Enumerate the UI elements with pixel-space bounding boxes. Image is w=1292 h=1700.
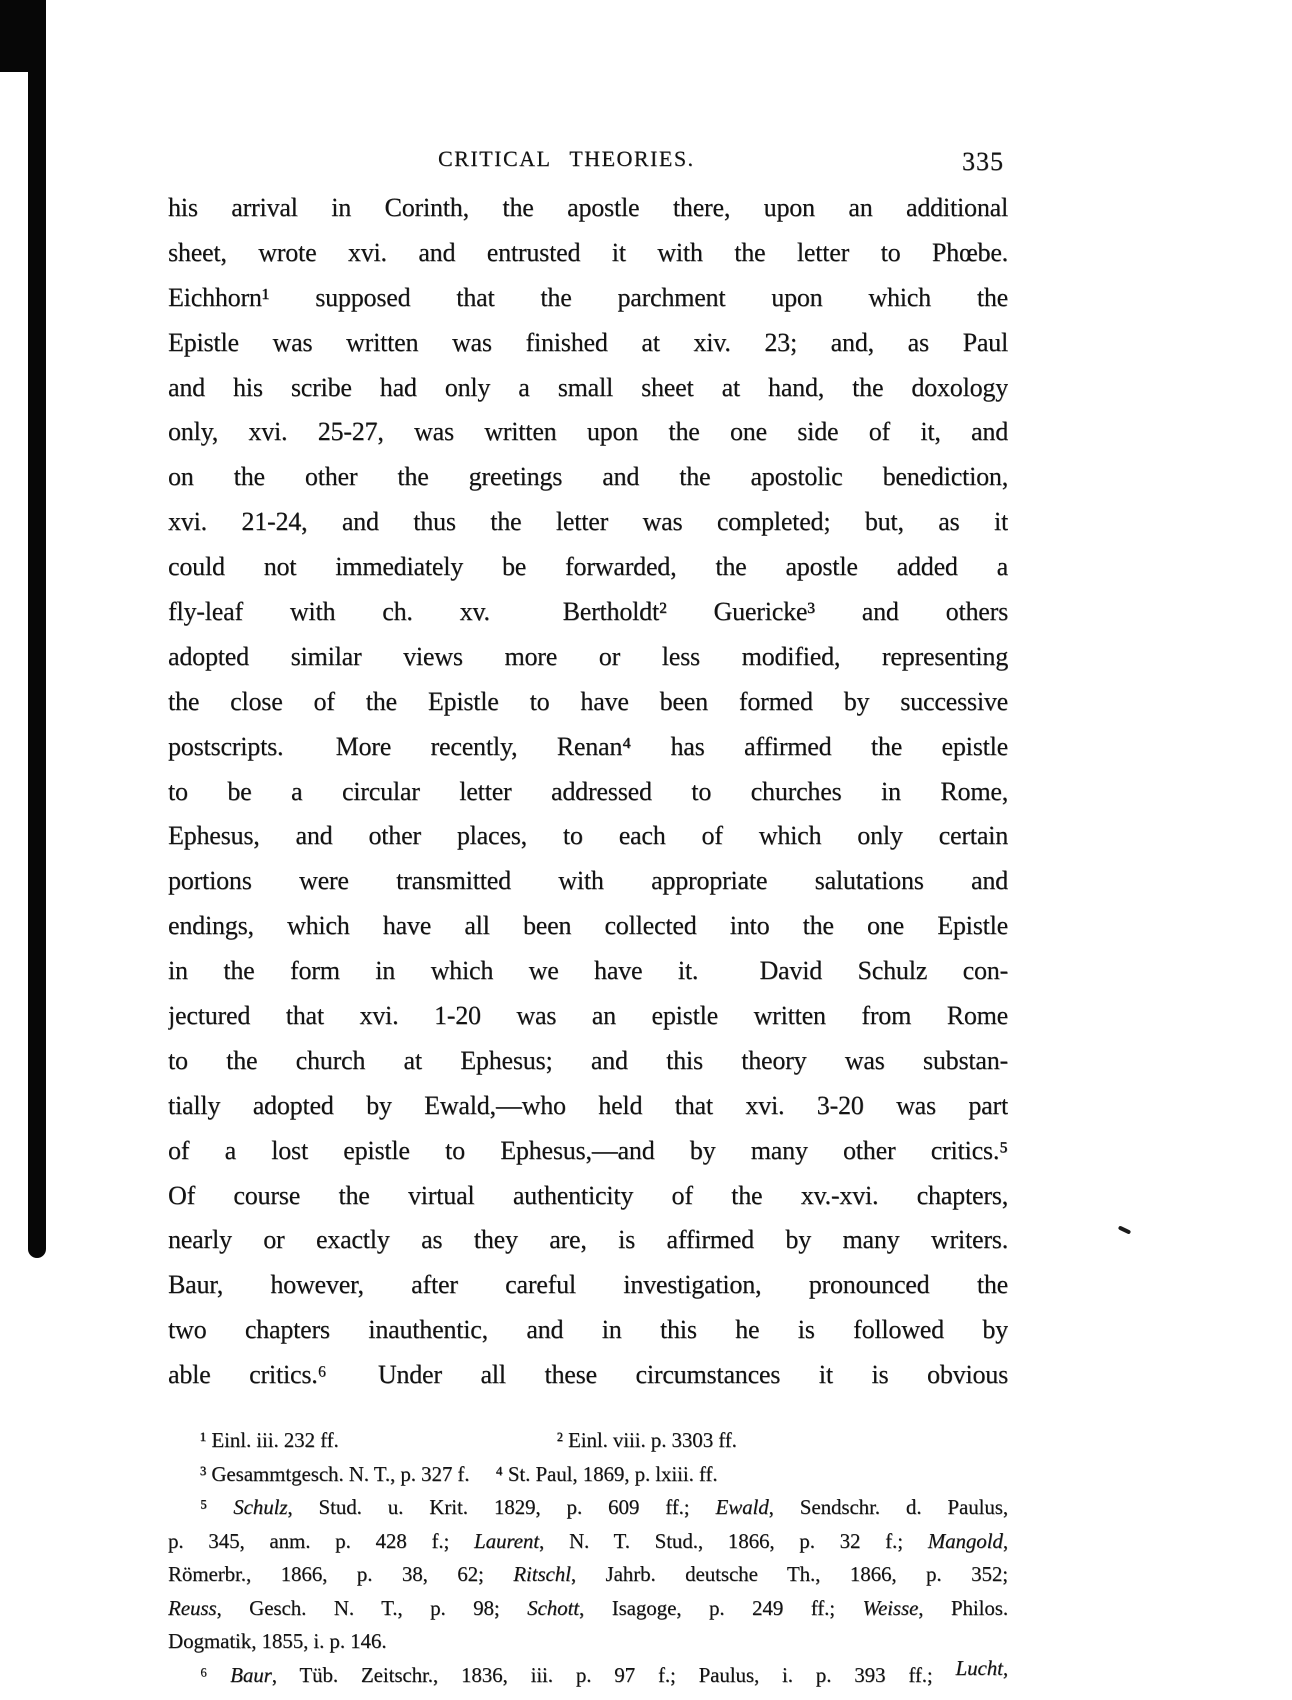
footnote-author-name: Reuss <box>168 1596 217 1620</box>
scan-artifact-gutter-bar <box>28 0 46 1258</box>
running-head-title: CRITICAL THEORIES. <box>438 146 695 172</box>
body-text-line: Of course the virtual authenticity of th… <box>168 1174 1008 1219</box>
footnote-text: , Stud. u. Krit. 1829, p. 609 ff.; <box>287 1495 715 1519</box>
footnote-text: , Tüb. Zeitschr., 1836, iii. p. 97 f.; P… <box>272 1663 956 1687</box>
footnote-author-name: Lucht, <box>956 1659 1009 1680</box>
book-page: CRITICAL THEORIES. 335 his arrival in Co… <box>0 0 1292 1700</box>
body-text-line: his arrival in Corinth, the apostle ther… <box>168 186 1008 231</box>
footnote-author-name: Laurent <box>474 1529 539 1553</box>
footnote-column-gap <box>339 1446 557 1447</box>
footnote-author-name: Ritschl <box>513 1562 571 1586</box>
footnote-text: ² Einl. viii. p. 3303 ff. <box>557 1428 737 1452</box>
body-text-line: Epistle was written was finished at xiv.… <box>168 321 1008 366</box>
footnote-author-name: Weisse <box>862 1596 918 1620</box>
body-text-line: postscripts. More recently, Renan⁴ has a… <box>168 725 1008 770</box>
footnote-author-name: Baur <box>230 1663 272 1687</box>
body-text-line: jectured that xvi. 1-20 was an epistle w… <box>168 994 1008 1039</box>
body-text-line: adopted similar views more or less modif… <box>168 635 1008 680</box>
footnote-column-gap <box>469 1480 495 1481</box>
footnote-text: , Jahrb. deutsche Th., 1866, p. 352; <box>571 1562 1008 1586</box>
footnote-text: , Philos. <box>918 1596 1008 1620</box>
body-text-line: on the other the greetings and the apost… <box>168 455 1008 500</box>
body-text-line: nearly or exactly as they are, is affirm… <box>168 1218 1008 1263</box>
body-text-line: Baur, however, after careful investigati… <box>168 1263 1008 1308</box>
footnote-author-name: Schulz <box>233 1495 287 1519</box>
footnote-author-name: Schott <box>527 1596 579 1620</box>
footnote-text: , N. T. Stud., 1866, p. 32 f.; <box>539 1529 928 1553</box>
body-text-line: portions were transmitted with appropria… <box>168 859 1008 904</box>
body-text-line: of a lost epistle to Ephesus,—and by man… <box>168 1129 1008 1174</box>
footnote-line: ¹ Einl. iii. 232 ff.² Einl. viii. p. 330… <box>168 1424 1008 1458</box>
footnote-line: p. 345, anm. p. 428 f.; Laurent, N. T. S… <box>168 1525 1008 1559</box>
footnote-line: Römerbr., 1866, p. 38, 62; Ritschl, Jahr… <box>168 1558 1008 1592</box>
footnote-text: Römerbr., 1866, p. 38, 62; <box>168 1562 513 1586</box>
page-number: 335 <box>962 147 1004 177</box>
scan-artifact-ink-fleck <box>1118 1225 1131 1234</box>
footnote-line: ⁶ Baur, Tüb. Zeitschr., 1836, iii. p. 97… <box>168 1659 1008 1693</box>
body-text-line: to be a circular letter addressed to chu… <box>168 770 1008 815</box>
footnote-line: ³ Gesammtgesch. N. T., p. 327 f.⁴ St. Pa… <box>168 1458 1008 1492</box>
footnote-text: Dogmatik, 1855, i. p. 146. <box>168 1629 386 1653</box>
footnote-text: ³ Gesammtgesch. N. T., p. 327 f. <box>200 1462 469 1486</box>
body-text-line: able critics.⁶ Under all these circumsta… <box>168 1353 1008 1398</box>
body-text-line: only, xvi. 25-27, was written upon the o… <box>168 410 1008 455</box>
footnote-line: Dogmatik, 1855, i. p. 146. <box>168 1625 1008 1659</box>
footnotes-block: ¹ Einl. iii. 232 ff.² Einl. viii. p. 330… <box>168 1424 1008 1692</box>
footnote-line: ⁵ Schulz, Stud. u. Krit. 1829, p. 609 ff… <box>168 1491 1008 1525</box>
footnote-text: , Gesch. N. T., p. 98; <box>217 1596 528 1620</box>
body-text-line: tially adopted by Ewald,—who held that x… <box>168 1084 1008 1129</box>
footnote-text: p. 345, anm. p. 428 f.; <box>168 1529 474 1553</box>
footnote-text: , <box>1003 1529 1008 1553</box>
footnote-text: ⁵ <box>200 1495 233 1519</box>
body-text-line: Eichhorn¹ supposed that the parchment up… <box>168 276 1008 321</box>
footnote-author-name: Mangold <box>928 1529 1003 1553</box>
body-text-line: Ephesus, and other places, to each of wh… <box>168 814 1008 859</box>
body-text: his arrival in Corinth, the apostle ther… <box>168 186 1008 1398</box>
footnote-text: ⁶ <box>200 1663 230 1687</box>
body-text-line: sheet, wrote xvi. and entrusted it with … <box>168 231 1008 276</box>
body-text-line: in the form in which we have it. David S… <box>168 949 1008 994</box>
footnote-line: Reuss, Gesch. N. T., p. 98; Schott, Isag… <box>168 1592 1008 1626</box>
footnote-author-name: Ewald <box>715 1495 768 1519</box>
body-text-line: to the church at Ephesus; and this theor… <box>168 1039 1008 1084</box>
footnote-text: , Isagoge, p. 249 ff.; <box>579 1596 862 1620</box>
body-text-line: the close of the Epistle to have been fo… <box>168 680 1008 725</box>
body-text-line: xvi. 21-24, and thus the letter was comp… <box>168 500 1008 545</box>
body-text-line: endings, which have all been collected i… <box>168 904 1008 949</box>
body-text-line: fly-leaf with ch. xv. Bertholdt² Guerick… <box>168 590 1008 635</box>
footnote-text: ¹ Einl. iii. 232 ff. <box>200 1428 339 1452</box>
body-text-line: and his scribe had only a small sheet at… <box>168 366 1008 411</box>
footnote-text: ⁴ St. Paul, 1869, p. lxiii. ff. <box>495 1462 717 1486</box>
footnote-text: , Sendschr. d. Paulus, <box>769 1495 1008 1519</box>
body-text-line: could not immediately be forwarded, the … <box>168 545 1008 590</box>
body-text-line: two chapters inauthentic, and in this he… <box>168 1308 1008 1353</box>
